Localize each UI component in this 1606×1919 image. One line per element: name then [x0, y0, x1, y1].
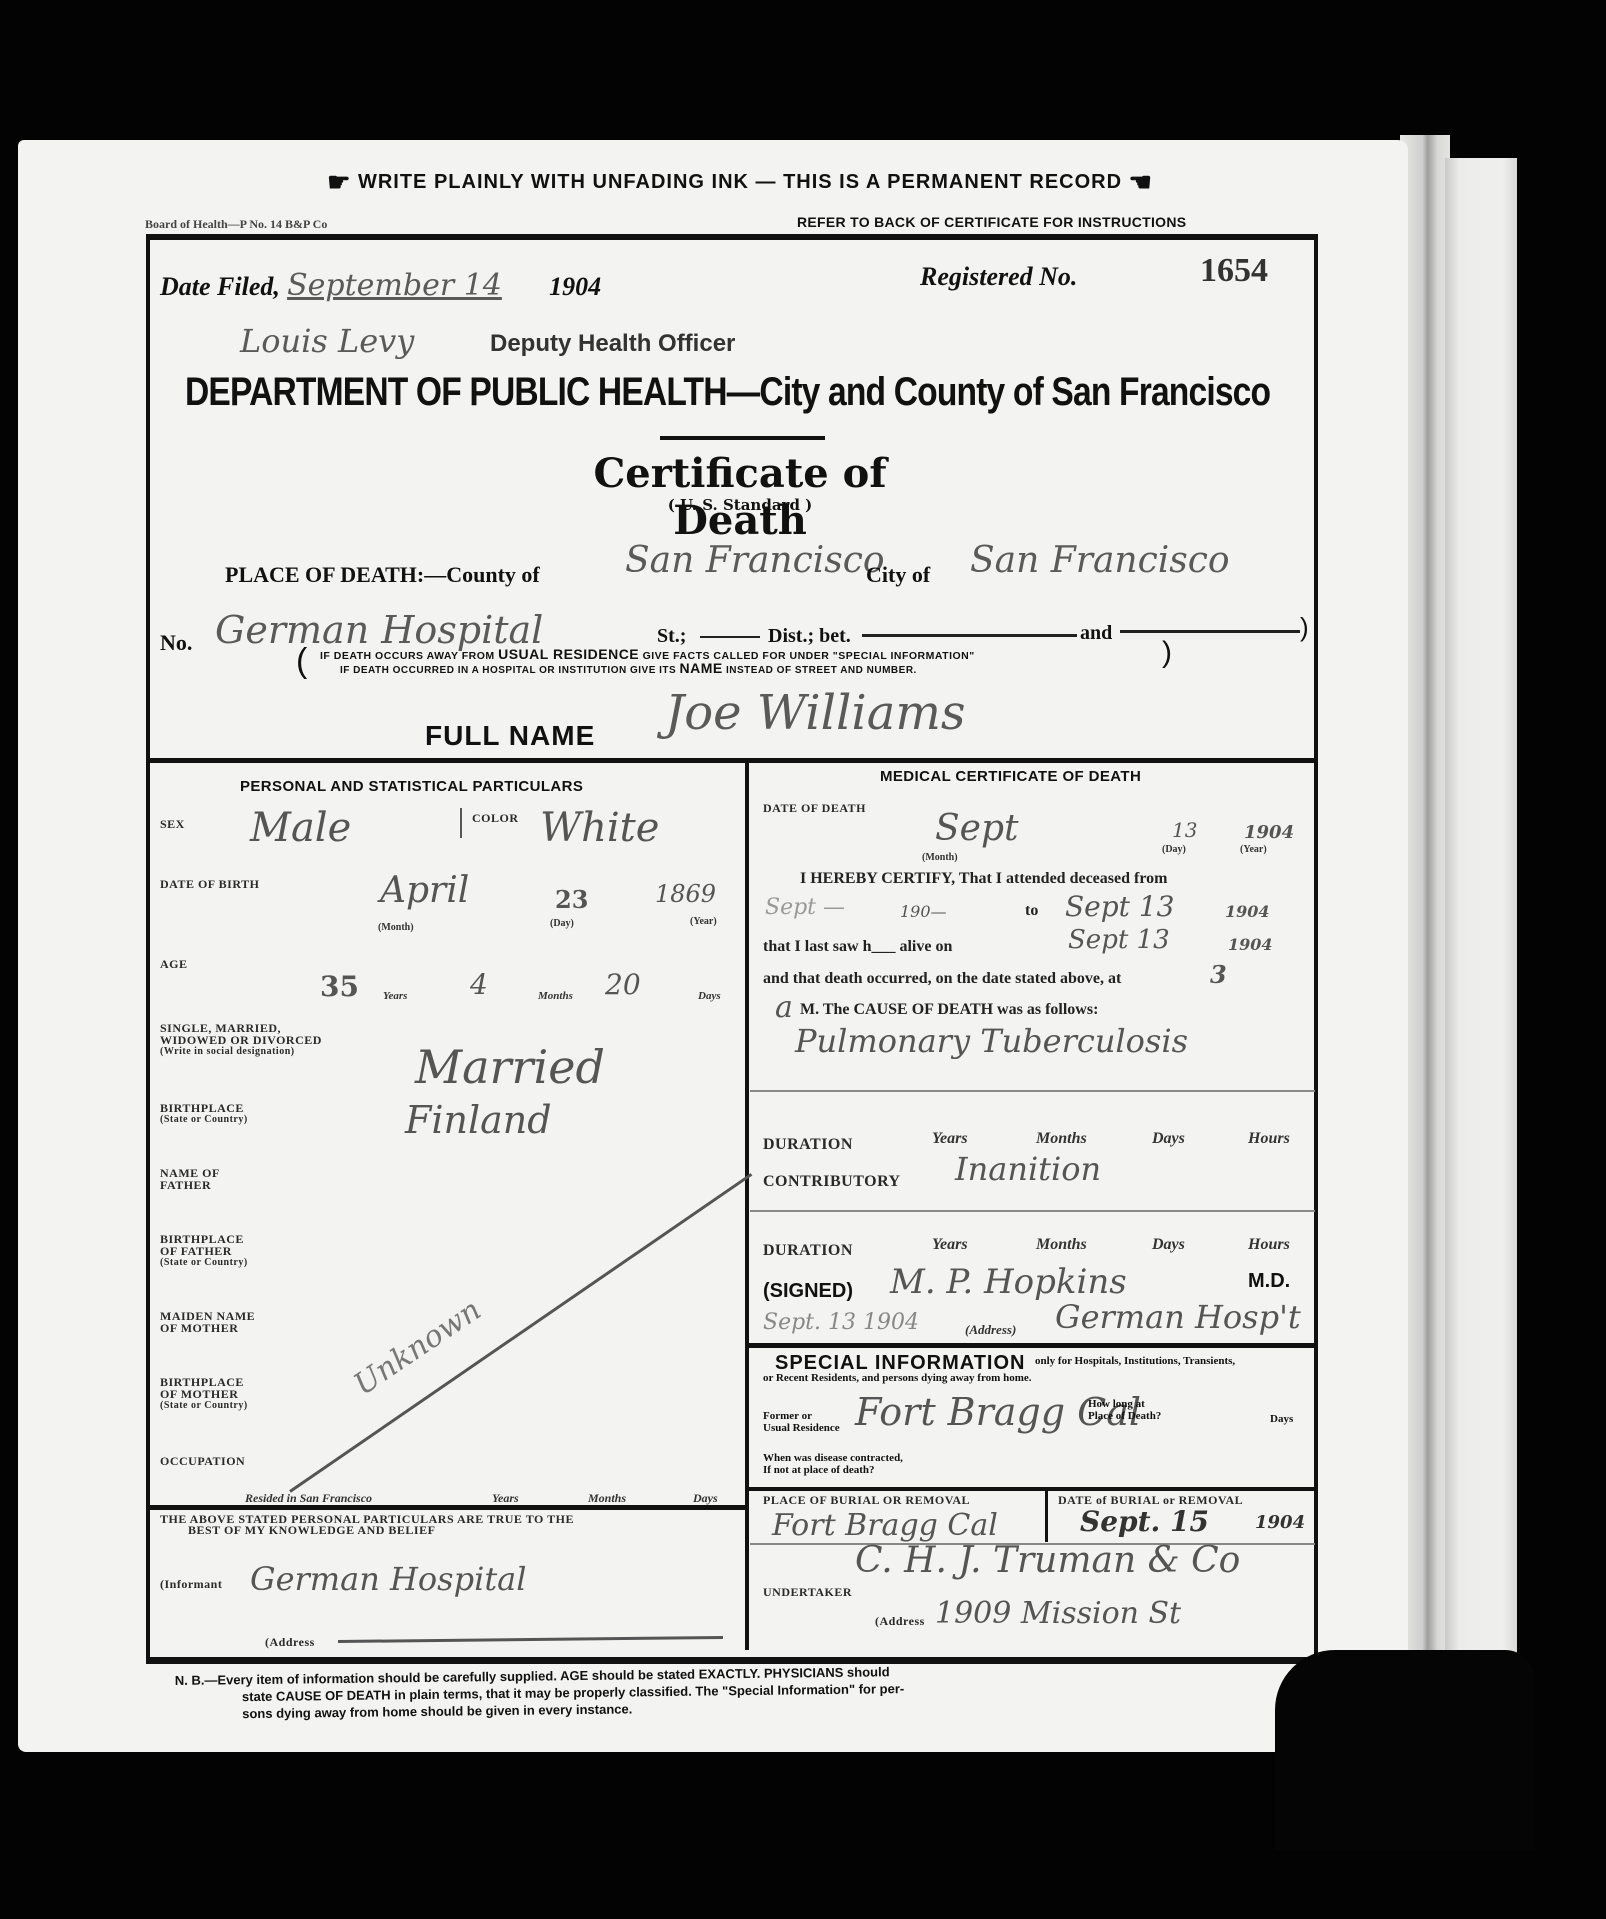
label-line: OF MOTHER	[160, 1388, 248, 1400]
marital-label: SINGLE, MARRIED, WIDOWED OR DIVORCED (Wr…	[160, 1022, 322, 1058]
dod-day-caption: (Day)	[1162, 844, 1186, 855]
attended-from: Sept —	[765, 895, 845, 920]
sex-value: Male	[250, 805, 351, 851]
burial-divider	[748, 1487, 1316, 1491]
resided-label: Resided in San Francisco	[245, 1491, 372, 1506]
dod-year: 1904	[1244, 822, 1294, 843]
duration-days-2: Days	[1152, 1236, 1185, 1254]
personal-heading: PERSONAL AND STATISTICAL PARTICULARS	[240, 778, 583, 795]
note-paren-close: )	[1162, 636, 1172, 670]
sex-label: SEX	[160, 818, 185, 830]
burial-date-value: Sept. 15	[1080, 1505, 1209, 1538]
former-residence-label: Former or Usual Residence	[763, 1410, 840, 1434]
contributory-value: Inanition	[955, 1150, 1101, 1188]
street-line	[700, 636, 760, 638]
contributory-divider	[750, 1210, 1315, 1212]
age-days: 20	[605, 968, 641, 1001]
permanent-record-banner: ☛ WRITE PLAINLY WITH UNFADING INK — THIS…	[200, 167, 1280, 198]
burial-year-value: 1904	[1255, 1512, 1305, 1533]
signed-date: Sept. 13 1904	[763, 1310, 919, 1335]
banner-text: WRITE PLAINLY WITH UNFADING INK — THIS I…	[358, 171, 1122, 193]
birthplace-label: BIRTHPLACE (State or Country)	[160, 1102, 248, 1126]
attended-to-year: 1904	[1225, 902, 1270, 921]
birthplace-value: Finland	[405, 1098, 552, 1142]
dob-day: 23	[555, 885, 588, 914]
resided-days-caption: Days	[693, 1491, 718, 1506]
district-label: Dist.; bet.	[768, 625, 851, 648]
note-text: IF DEATH OCCURRED IN A HOSPITAL OR INSTI…	[340, 665, 676, 676]
date-filed-value: September 14	[287, 268, 502, 303]
sex-color-divider	[460, 808, 462, 838]
note-paren-open: (	[296, 642, 307, 681]
duration-years: Years	[932, 1130, 968, 1148]
note-emphasis: NAME	[680, 660, 723, 676]
attended-to: Sept 13	[1065, 890, 1174, 923]
certificate-standard: ( U. S. Standard )	[540, 496, 940, 514]
undertaker-value: C. H. J. Truman & Co	[855, 1540, 1240, 1581]
duration-months: Months	[1036, 1130, 1087, 1148]
page-corner-shadow	[1275, 1650, 1535, 1850]
color-value: White	[540, 805, 659, 851]
label-line: OF MOTHER	[160, 1322, 255, 1334]
column-divider	[745, 762, 749, 1650]
full-name-label: FULL NAME	[425, 720, 595, 752]
informant-address-label: (Address	[265, 1636, 315, 1648]
residence-note-line-2: IF DEATH OCCURRED IN A HOSPITAL OR INSTI…	[340, 660, 917, 676]
occurred-label: and that death occurred, on the date sta…	[763, 970, 1121, 988]
street-no-label: No.	[160, 630, 192, 656]
street-label: St.;	[657, 625, 686, 648]
to-label: to	[1025, 902, 1038, 920]
dob-year-caption: (Year)	[690, 916, 717, 927]
duration-months-2: Months	[1036, 1236, 1087, 1254]
informant-label: (Informant	[160, 1578, 222, 1590]
officer-title: Deputy Health Officer	[490, 330, 735, 358]
age-years-caption: Years	[383, 990, 407, 1002]
mother-name-label: MAIDEN NAME OF MOTHER	[160, 1310, 255, 1334]
form-number: Board of Health—P No. 14 B&P Co	[145, 217, 327, 232]
last-saw-date: Sept 13	[1068, 925, 1170, 955]
mother-birthplace-label: BIRTHPLACE OF MOTHER (State or Country)	[160, 1376, 248, 1412]
age-days-caption: Days	[698, 990, 721, 1002]
title-divider	[660, 436, 825, 440]
paren-close: )	[1300, 612, 1309, 643]
registered-no-label: Registered No.	[920, 262, 1077, 292]
date-of-death-label: DATE OF DEATH	[763, 802, 866, 814]
age-years: 35	[320, 970, 359, 1003]
duration-label: DURATION	[763, 1139, 853, 1151]
pointing-hand-icon: ☛	[327, 167, 351, 197]
dod-month-caption: (Month)	[922, 852, 958, 863]
attestation-line: BEST OF MY KNOWLEDGE AND BELIEF	[160, 1525, 574, 1536]
refer-instructions: REFER TO BACK OF CERTIFICATE FOR INSTRUC…	[797, 214, 1186, 230]
marital-label-note: (Write in social designation)	[160, 1046, 322, 1058]
attended-from-year: 190—	[900, 902, 947, 921]
label-line: Former or	[763, 1410, 840, 1422]
registered-number: 1654	[1200, 252, 1268, 290]
undertaker-label: UNDERTAKER	[763, 1586, 852, 1598]
last-saw-label: that I last saw h___ alive on	[763, 938, 952, 956]
label-line: When was disease contracted,	[763, 1452, 903, 1464]
burial-place-value: Fort Bragg Cal	[772, 1508, 998, 1543]
duration-years-2: Years	[932, 1236, 968, 1254]
attestation-divider	[150, 1505, 747, 1510]
dod-year-caption: (Year)	[1240, 844, 1267, 855]
adjacent-page-edge	[1445, 158, 1517, 1778]
label-note: (State or Country)	[160, 1400, 248, 1412]
special-info-note-1: only for Hospitals, Institutions, Transi…	[1035, 1355, 1235, 1367]
meridiem: a	[775, 990, 793, 1025]
resided-months-caption: Months	[588, 1491, 626, 1506]
label-note: (State or Country)	[160, 1257, 248, 1269]
special-info-note-2: or Recent Residents, and persons dying a…	[763, 1372, 1032, 1384]
duration-days: Days	[1152, 1130, 1185, 1148]
place-of-death-county: San Francisco	[625, 540, 885, 581]
date-filed-year: 1904	[549, 272, 601, 301]
disease-contracted-label: When was disease contracted, If not at p…	[763, 1452, 903, 1476]
label-line: FATHER	[160, 1179, 220, 1191]
dod-day: 13	[1172, 818, 1197, 842]
certify-text: I HEREBY CERTIFY, That I attended deceas…	[800, 870, 1167, 888]
label-line: If not at place of death?	[763, 1464, 903, 1476]
father-birthplace-label: BIRTHPLACE OF FATHER (State or Country)	[160, 1233, 248, 1269]
special-info-divider	[748, 1343, 1316, 1348]
marital-label-line: WIDOWED OR DIVORCED	[160, 1034, 322, 1046]
dob-year: 1869	[655, 880, 716, 908]
contributory-label: CONTRIBUTORY	[763, 1176, 901, 1188]
how-long-label: How long at Place of Death?	[1088, 1398, 1161, 1422]
undertaker-address-label: (Address	[875, 1615, 925, 1627]
place-of-death-city-label: City of	[866, 562, 930, 588]
marital-value: Married	[415, 1040, 605, 1094]
color-label: COLOR	[472, 812, 519, 824]
md-label: M.D.	[1248, 1270, 1290, 1293]
duration-hours-2: Hours	[1248, 1236, 1290, 1254]
last-saw-year: 1904	[1228, 935, 1273, 954]
date-filed: Date Filed, September 14 1904	[160, 268, 601, 303]
district-line	[862, 634, 1077, 637]
department-title: DEPARTMENT OF PUBLIC HEALTH—City and Cou…	[185, 370, 1117, 415]
dob-month: April	[380, 870, 469, 911]
age-label: AGE	[160, 958, 188, 970]
physician-address-label: (Address)	[965, 1322, 1016, 1338]
date-filed-label: Date Filed,	[160, 272, 280, 301]
physician-address: German Hosp't	[1055, 1298, 1301, 1336]
burial-column-divider	[1045, 1490, 1048, 1542]
father-name-label: NAME OF FATHER	[160, 1167, 220, 1191]
duration-hours: Hours	[1248, 1130, 1290, 1148]
note-text: INSTEAD OF STREET AND NUMBER.	[726, 665, 917, 676]
dod-month: Sept	[935, 808, 1018, 849]
time-of-death: 3	[1210, 960, 1227, 989]
label-line: Place of Death?	[1088, 1410, 1161, 1422]
officer-signature: Louis Levy	[240, 322, 414, 360]
signed-label: (SIGNED)	[763, 1280, 853, 1303]
medical-heading: MEDICAL CERTIFICATE OF DEATH	[880, 768, 1141, 785]
label-line: How long at	[1088, 1398, 1161, 1410]
attestation-text: THE ABOVE STATED PERSONAL PARTICULARS AR…	[160, 1514, 574, 1536]
and-label: and	[1080, 622, 1112, 645]
cause-divider	[750, 1090, 1315, 1092]
full-name-value: Joe Williams	[665, 685, 965, 741]
resided-years-caption: Years	[492, 1491, 519, 1506]
occupation-label: OCCUPATION	[160, 1455, 245, 1467]
physician-signature: M. P. Hopkins	[890, 1262, 1127, 1302]
informant-value: German Hospital	[250, 1560, 526, 1598]
and-line	[1120, 630, 1300, 633]
burial-place-label: PLACE OF BURIAL OR REMOVAL	[763, 1494, 970, 1506]
birthplace-label-note: (State or Country)	[160, 1114, 248, 1126]
age-months: 4	[470, 968, 488, 1001]
label-line: OF FATHER	[160, 1245, 248, 1257]
dob-month-caption: (Month)	[378, 922, 414, 933]
pointing-hand-left-icon: ☚	[1129, 167, 1153, 197]
birthplace-label-line: BIRTHPLACE	[160, 1102, 248, 1114]
cause-of-death: Pulmonary Tuberculosis	[795, 1022, 1188, 1060]
label-line: Usual Residence	[763, 1422, 840, 1434]
how-long-days: Days	[1270, 1413, 1293, 1425]
place-of-death-label: PLACE OF DEATH:—County of	[225, 562, 540, 588]
section-divider	[150, 758, 1315, 763]
dob-day-caption: (Day)	[550, 918, 574, 929]
date-of-birth-label: DATE OF BIRTH	[160, 878, 259, 890]
undertaker-address-value: 1909 Mission St	[935, 1596, 1181, 1631]
place-of-death-city: San Francisco	[970, 540, 1230, 581]
cause-label: M. The CAUSE OF DEATH was as follows:	[800, 1001, 1098, 1019]
duration-label-2: DURATION	[763, 1245, 853, 1257]
age-months-caption: Months	[538, 990, 573, 1002]
